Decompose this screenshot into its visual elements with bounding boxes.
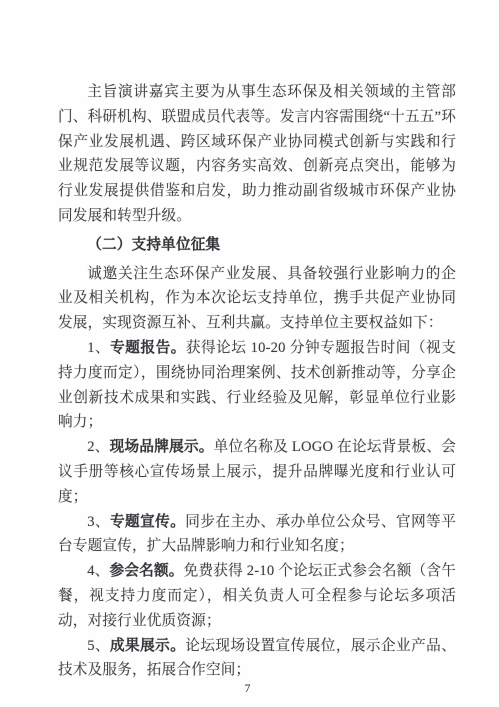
item-title: 成果展示。 (110, 638, 185, 654)
item-title: 参会名额。 (110, 563, 184, 579)
document-body: 主旨演讲嘉宾主要为从事生态环保及相关领域的主管部门、科研机构、联盟成员代表等。发… (58, 80, 456, 683)
item-number: 3、 (87, 514, 110, 530)
item-number: 5、 (87, 638, 110, 654)
item-title: 现场品牌展示。 (110, 439, 214, 455)
document-page: 主旨演讲嘉宾主要为从事生态环保及相关领域的主管部门、科研机构、联盟成员代表等。发… (0, 0, 499, 707)
item-number: 4、 (87, 563, 109, 579)
item-number: 2、 (87, 439, 109, 455)
list-item: 3、专题宣传。同步在主办、承办单位公众号、官网等平台专题宣传，扩大品牌影响力和行… (58, 510, 456, 560)
list-item: 4、参会名额。免费获得 2-10 个论坛正式参会名额（含午餐，视支持力度而定），… (58, 559, 456, 633)
paragraph-invitation: 诚邀关注生态环保产业发展、具备较强行业影响力的企业及相关机构，作为本次论坛支持单… (58, 262, 456, 336)
page-number: 7 (0, 683, 495, 695)
section-heading-support-units: （二）支持单位征集 (58, 233, 456, 258)
item-title: 专题宣传。 (110, 514, 185, 530)
list-item: 5、成果展示。论坛现场设置宣传展位，展示企业产品、技术及服务，拓展合作空间； (58, 634, 456, 684)
list-item: 1、专题报告。获得论坛 10-20 分钟专题报告时间（视支持力度而定），围绕协同… (58, 336, 456, 435)
paragraph-speakers: 主旨演讲嘉宾主要为从事生态环保及相关领域的主管部门、科研机构、联盟成员代表等。发… (58, 80, 456, 229)
item-title: 专题报告。 (110, 340, 186, 356)
item-number: 1、 (87, 340, 110, 356)
list-item: 2、现场品牌展示。单位名称及 LOGO 在论坛背景板、会议手册等核心宣传场景上展… (58, 435, 456, 509)
